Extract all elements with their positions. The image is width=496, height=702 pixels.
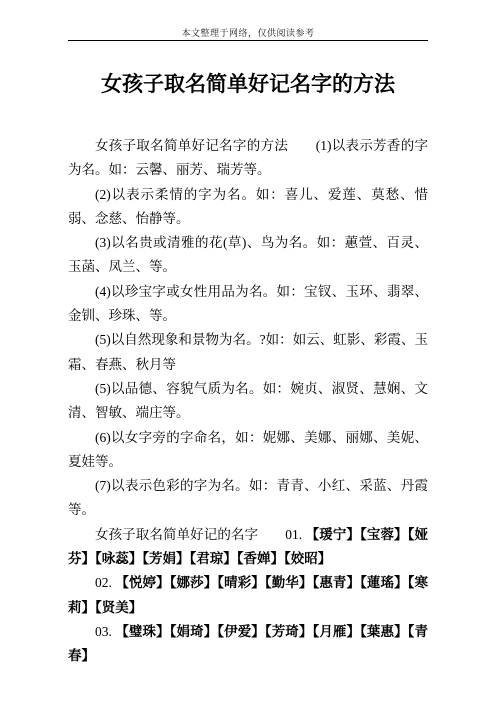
text-run: (5)以品德、容貌气质为名。如：婉贞、淑贤、慧娴、文清、智敏、端庄等。: [68, 381, 428, 420]
body-paragraph: 02. 【悦婷】【娜莎】【晴彩】【勤华】【惠青】【蓮瑤】【寒莉】【贤美】: [68, 571, 428, 620]
header-note: 本文整理于网络，仅供阅读参考: [0, 26, 496, 39]
text-run: (2)以表示柔情的字为名。如：喜儿、爱莲、莫愁、惜弱、念慈、怡静等。: [68, 187, 428, 226]
text-run: (7)以表示色彩的字为名。如：青青、小红、采蓝、丹霞等。: [68, 478, 428, 517]
document-body: 女孩子取名简单好记名字的方法 (1)以表示芳香的字为名。如：云馨、丽芳、瑞芳等。…: [68, 134, 428, 669]
text-run: 女孩子取名简单好记名字的方法 (1)以表示芳香的字为名。如：云馨、丽芳、瑞芳等。: [68, 138, 428, 177]
text-run: 女孩子取名简单好记的名字 01.: [95, 527, 306, 542]
body-paragraph: (6)以女字旁的字命名，如：妮娜、美娜、丽娜、美妮、夏娃等。: [68, 426, 428, 475]
body-paragraph: (5)以自然现象和景物为名。?如：如云、虹影、彩霞、玉霜、春燕、秋月等: [68, 328, 428, 377]
text-run: (4)以珍宝字或女性用品为名。如：宝钗、玉环、翡翠、金钏、珍珠、等。: [68, 284, 428, 323]
document-title: 女孩子取名简单好记名字的方法: [0, 68, 496, 98]
body-paragraph: (7)以表示色彩的字为名。如：青青、小红、采蓝、丹霞等。: [68, 474, 428, 523]
text-run: 02.: [95, 575, 115, 590]
body-paragraph: (2)以表示柔情的字为名。如：喜儿、爱莲、莫愁、惜弱、念慈、怡静等。: [68, 183, 428, 232]
text-run: 03.: [95, 624, 115, 639]
document-page: 本文整理于网络，仅供阅读参考 女孩子取名简单好记名字的方法 女孩子取名简单好记名…: [0, 0, 496, 702]
body-paragraph: (4)以珍宝字或女性用品为名。如：宝钗、玉环、翡翠、金钏、珍珠、等。: [68, 280, 428, 329]
body-paragraph: (3)以名贵或清雅的花(草)、鸟为名。如：蕙萱、百灵、玉菡、凤兰、等。: [68, 231, 428, 280]
text-run: (5)以自然现象和景物为名。?如：如云、虹影、彩霞、玉霜、春燕、秋月等: [68, 332, 428, 371]
header-divider: [68, 40, 428, 41]
text-run: (3)以名贵或清雅的花(草)、鸟为名。如：蕙萱、百灵、玉菡、凤兰、等。: [68, 235, 428, 274]
body-paragraph: (5)以品德、容貌气质为名。如：婉贞、淑贤、慧娴、文清、智敏、端庄等。: [68, 377, 428, 426]
name-list-run: 【璧珠】【娟琦】【伊爱】【芳琦】【月雁】【葉惠】【青春】: [68, 624, 428, 663]
body-paragraph: 女孩子取名简单好记名字的方法 (1)以表示芳香的字为名。如：云馨、丽芳、瑞芳等。: [68, 134, 428, 183]
text-run: (6)以女字旁的字命名，如：妮娜、美娜、丽娜、美妮、夏娃等。: [68, 430, 428, 469]
body-paragraph: 03. 【璧珠】【娟琦】【伊爱】【芳琦】【月雁】【葉惠】【青春】: [68, 620, 428, 669]
name-list-run: 【悦婷】【娜莎】【晴彩】【勤华】【惠青】【蓮瑤】【寒莉】【贤美】: [68, 575, 428, 614]
body-paragraph: 女孩子取名简单好记的名字 01. 【瑗宁】【宝蓉】【娅芬】【咏蕊】【芳娟】【君琼…: [68, 523, 428, 572]
